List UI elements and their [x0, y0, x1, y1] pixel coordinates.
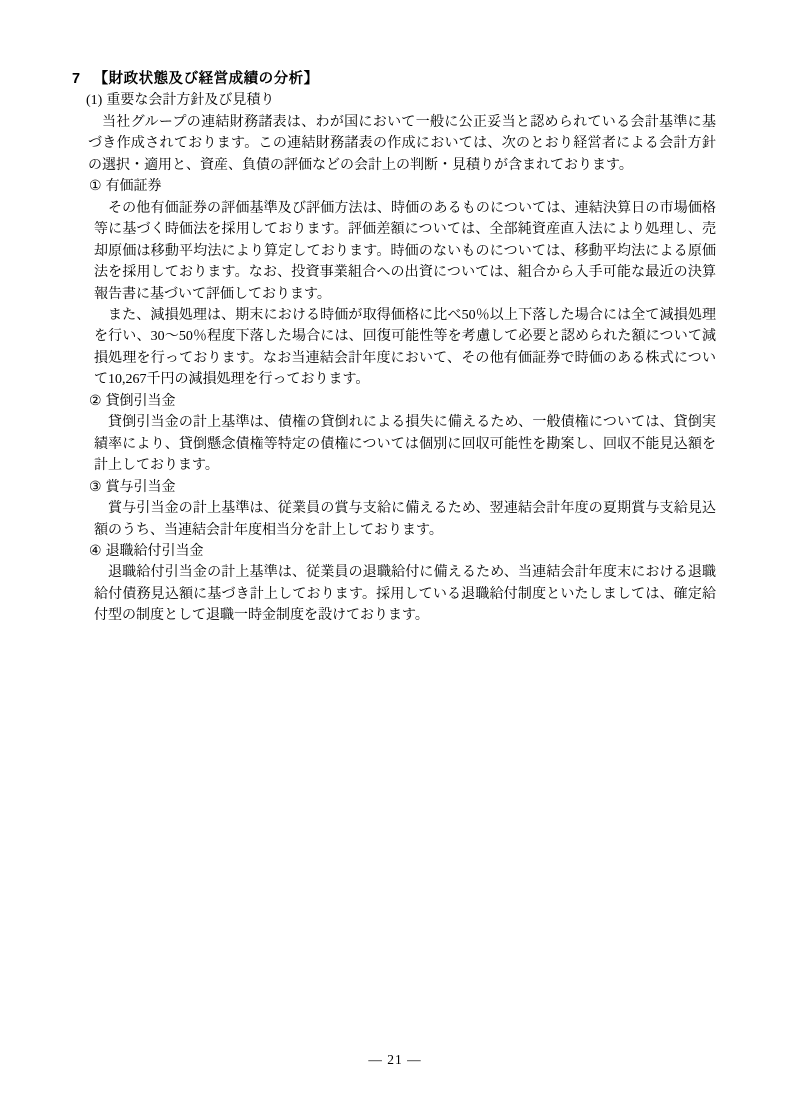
item-marker: ② — [89, 394, 102, 409]
item-paragraph: また、減損処理は、期末における時価が取得価格に比べ50％以上下落した場合には全て… — [94, 305, 716, 391]
item-paragraph: 貸倒引当金の計上基準は、債権の貸倒れによる損失に備えるため、一般債権については、… — [94, 412, 716, 476]
item-marker: ① — [89, 179, 102, 194]
accounting-item-securities: ①有価証券 その他有価証券の評価基準及び評価方法は、時価のあるものについては、連… — [72, 176, 720, 391]
item-heading: ③賞与引当金 — [89, 477, 720, 498]
item-title: 貸倒引当金 — [106, 394, 176, 409]
item-title: 有価証券 — [106, 179, 162, 194]
section-intro-paragraph: 当社グループの連結財務諸表は、わが国において一般に公正妥当と認められている会計基… — [88, 112, 716, 176]
page-footer: — 21 — — [0, 1049, 790, 1070]
heading-title: 【財政状態及び経営成績の分析】 — [94, 71, 319, 87]
heading-number: 7 — [72, 71, 81, 87]
item-paragraph: その他有価証券の評価基準及び評価方法は、時価のあるものについては、連結決算日の市… — [94, 198, 716, 305]
item-heading: ②貸倒引当金 — [89, 391, 720, 412]
accounting-item-doubtful-accounts: ②貸倒引当金 貸倒引当金の計上基準は、債権の貸倒れによる損失に備えるため、一般債… — [72, 391, 720, 477]
document-page: 7【財政状態及び経営成績の分析】 (1)重要な会計方針及び見積り 当社グループの… — [0, 0, 790, 1118]
page-content: 7【財政状態及び経営成績の分析】 (1)重要な会計方針及び見積り 当社グループの… — [72, 69, 720, 627]
item-heading: ④退職給付引当金 — [89, 541, 720, 562]
accounting-item-bonus-reserve: ③賞与引当金 賞与引当金の計上基準は、従業員の賞与支給に備えるため、翌連結会計年… — [72, 477, 720, 541]
item-marker: ③ — [89, 480, 102, 495]
page-heading: 7【財政状態及び経営成績の分析】 — [72, 69, 720, 90]
item-paragraph: 賞与引当金の計上基準は、従業員の賞与支給に備えるため、翌連結会計年度の夏期賞与支… — [94, 498, 716, 541]
section-title: 重要な会計方針及び見積り — [106, 93, 274, 108]
section-heading: (1)重要な会計方針及び見積り — [86, 90, 720, 111]
item-heading: ①有価証券 — [89, 176, 720, 197]
page-number-label: — 21 — — [368, 1052, 421, 1067]
accounting-item-retirement-benefits: ④退職給付引当金 退職給付引当金の計上基準は、従業員の退職給付に備えるため、当連… — [72, 541, 720, 627]
section-label: (1) — [86, 93, 102, 108]
item-title: 退職給付引当金 — [106, 544, 204, 559]
item-title: 賞与引当金 — [106, 480, 176, 495]
item-marker: ④ — [89, 544, 102, 559]
item-paragraph: 退職給付引当金の計上基準は、従業員の退職給付に備えるため、当連結会計年度末におけ… — [94, 562, 716, 626]
